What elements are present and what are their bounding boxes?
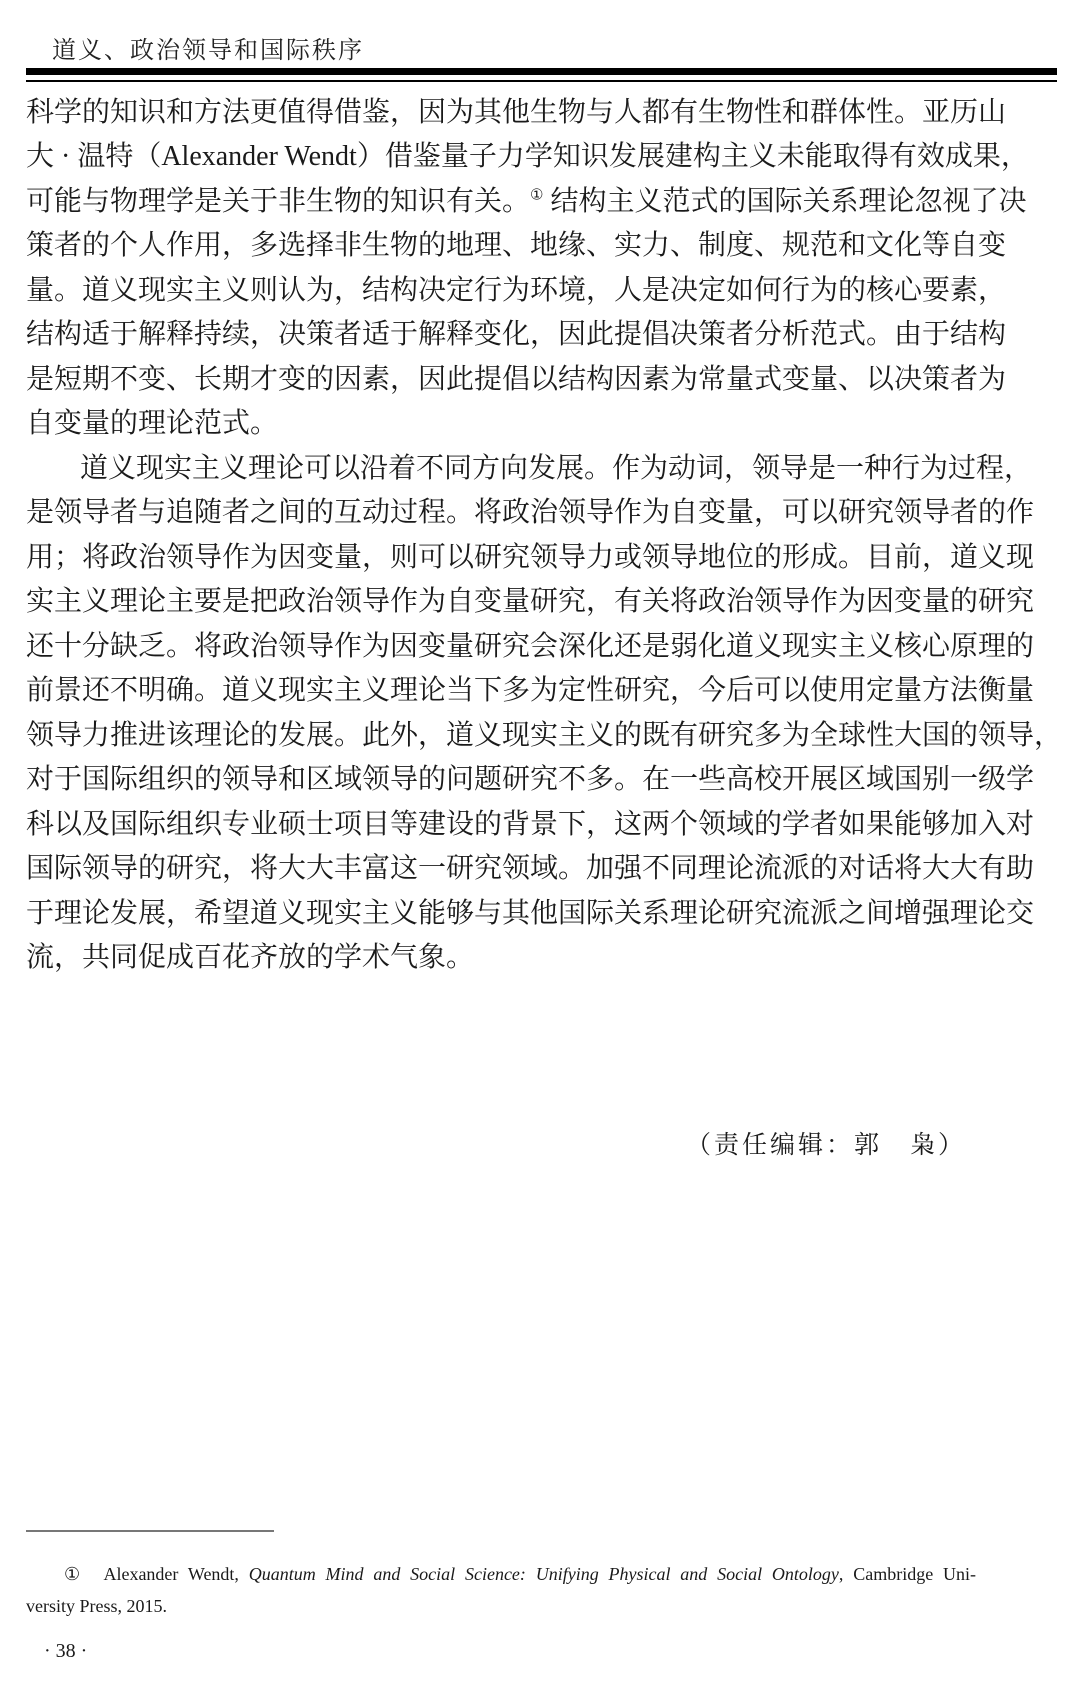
footnote-author: Alexander Wendt, [103,1564,248,1584]
paragraph-2-line: 科以及国际组织专业硕士项目等建设的背景下，这两个领域的学者如果能够加入对 [26,805,976,845]
paragraph-1-line: 自变量的理论范式。 [26,404,976,444]
footnote-line: ①Alexander Wendt, Quantum Mind and Socia… [26,1558,976,1590]
paragraph-2-line: 国际领导的研究，将大大丰富这一研究领域。加强不同理论流派的对话将大大有助 [26,849,976,889]
footnote-title: Quantum Mind and Social Science: Unifyin… [249,1564,839,1584]
running-header: 道义、政治领导和国际秩序 [52,30,364,65]
paragraph-2-line: 领导力推进该理论的发展。此外，道义现实主义的既有研究多为全球性大国的领导， [26,716,976,756]
paragraph-1-line: 是短期不变、长期才变的因素，因此提倡以结构因素为常量式变量、以决策者为 [26,360,976,400]
footnote: ①Alexander Wendt, Quantum Mind and Socia… [26,1558,976,1622]
footnote-publisher: , Cambridge Uni- [839,1564,976,1584]
paragraph-2-line: 用；将政治领导作为因变量，则可以研究领导力或领导地位的形成。目前，道义现 [26,538,976,578]
footnote-separator [26,1530,274,1532]
paragraph-1-line-text: 结构主义范式的国际关系理论忽视了决 [543,186,1026,217]
paragraph-1-line: 策者的个人作用，多选择非生物的地理、地缘、实力、制度、规范和文化等自变 [26,226,976,266]
paragraph-1-line: 结构适于解释持续，决策者适于解释变化，因此提倡决策者分析范式。由于结构 [26,315,976,355]
paragraph-2-line: 还十分缺乏。将政治领导作为因变量研究会深化还是弱化道义现实主义核心原理的 [26,627,976,667]
paragraph-1-line: 大 · 温特（Alexander Wendt）借鉴量子力学知识发展建构主义未能取… [26,137,976,177]
paragraph-2-line: 道义现实主义理论可以沿着不同方向发展。作为动词，领导是一种行为过程， [26,449,976,489]
editor-credit: （责任编辑：郭 枭） [686,1125,966,1161]
paragraph-1-line-text: 可能与物理学是关于非生物的知识有关。 [26,186,530,217]
paragraph-2-line: 实主义理论主要是把政治领导作为自变量研究，有关将政治领导作为因变量的研究 [26,582,976,622]
header-rule-thin [26,80,1057,82]
header-rule-thick [26,68,1057,75]
paragraph-2-line: 对于国际组织的领导和区域领导的问题研究不多。在一些高校开展区域国别一级学 [26,760,976,800]
paragraph-1-line: 科学的知识和方法更值得借鉴，因为其他生物与人都有生物性和群体性。亚历山 [26,93,976,133]
footnote-reference[interactable]: ① [530,188,543,204]
paragraph-2-line: 于理论发展，希望道义现实主义能够与其他国际关系理论研究流派之间增强理论交 [26,894,976,934]
footnote-marker: ① [64,1564,85,1584]
page-number: · 38 · [44,1640,87,1663]
paragraph-2-line: 前景还不明确。道义现实主义理论当下多为定性研究，今后可以使用定量方法衡量 [26,671,976,711]
paragraph-1-line: 可能与物理学是关于非生物的知识有关。① 结构主义范式的国际关系理论忽视了决 [26,182,976,222]
paragraph-1-line: 量。道义现实主义则认为，结构决定行为环境，人是决定如何行为的核心要素， [26,271,976,311]
footnote-line: versity Press, 2015. [26,1590,976,1622]
paragraph-2-line: 流，共同促成百花齐放的学术气象。 [26,938,976,978]
paragraph-2-line: 是领导者与追随者之间的互动过程。将政治领导作为自变量，可以研究领导者的作 [26,493,976,533]
